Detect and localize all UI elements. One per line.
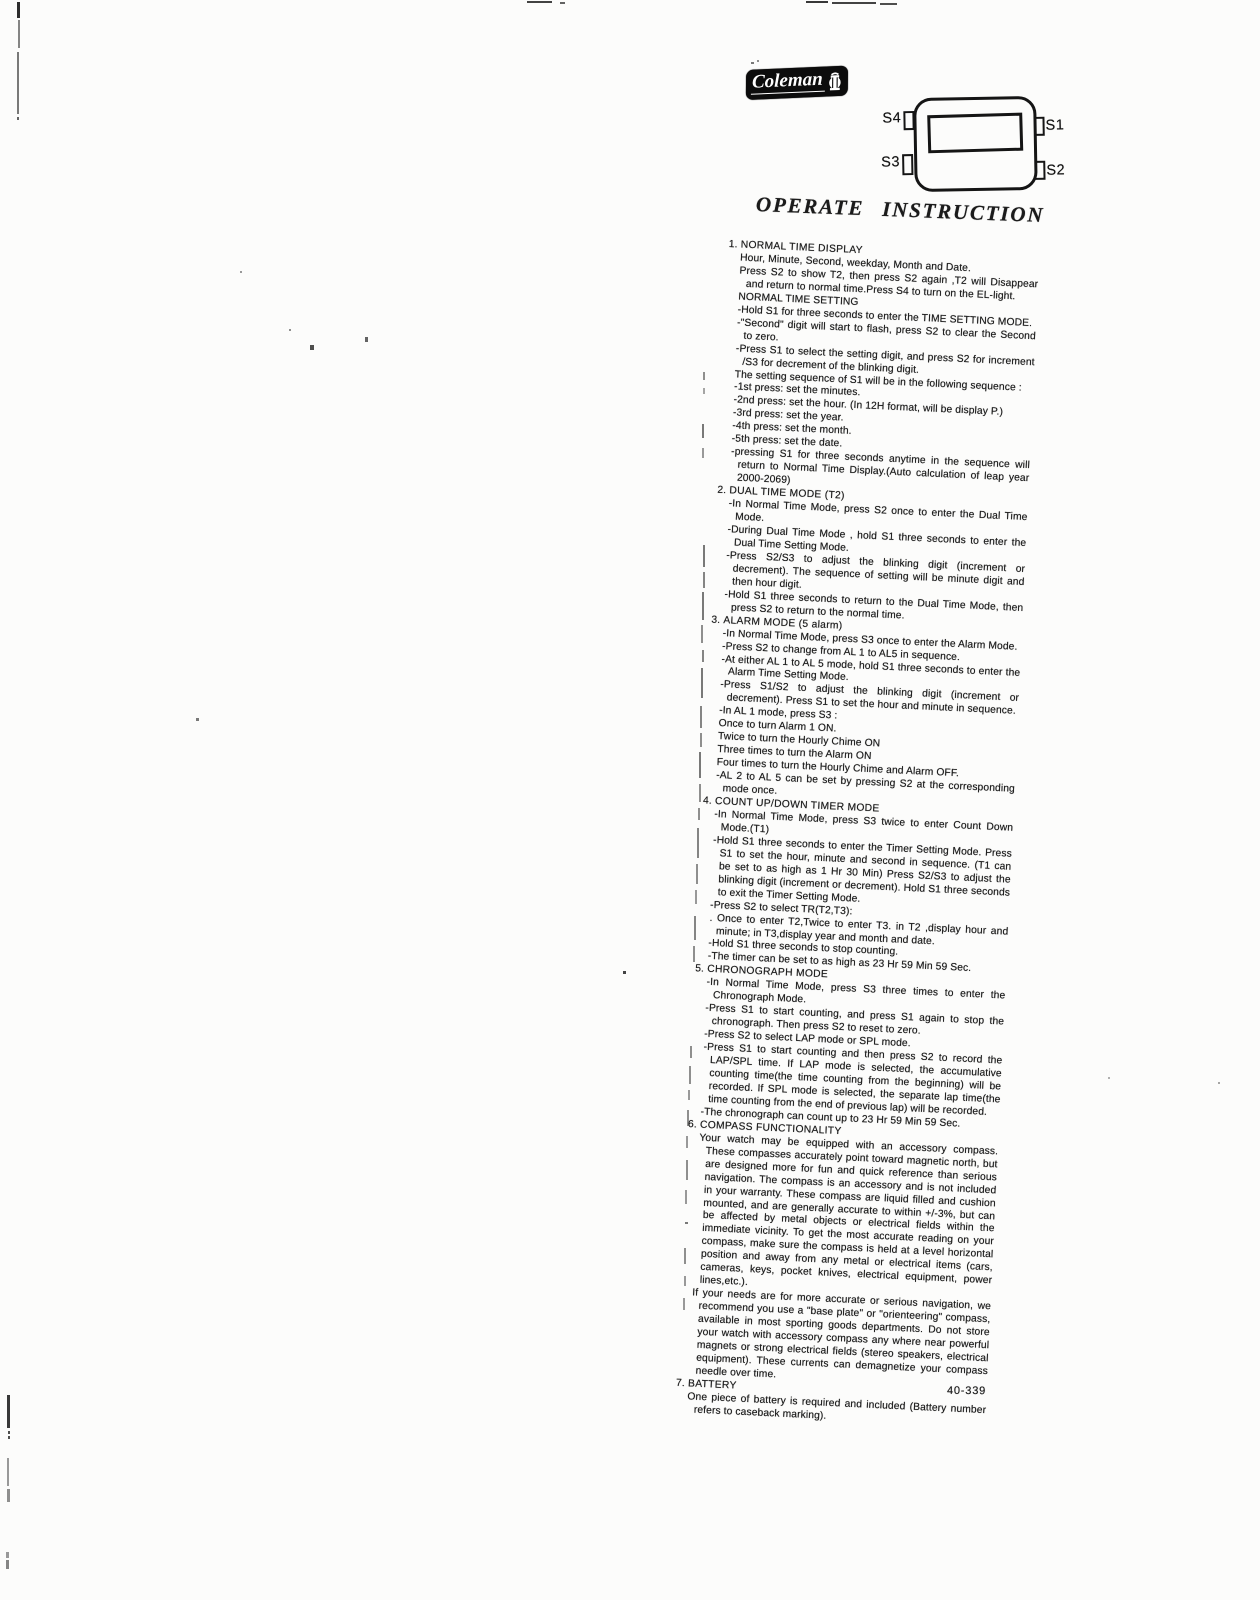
section-4: 4.COUNT UP/DOWN TIMER MODE-In Normal Tim… (707, 796, 1013, 978)
section-number: 1. (728, 239, 741, 252)
scan-artifact (8, 1436, 10, 1439)
scan-artifact (7, 1395, 10, 1428)
coleman-logo: Coleman (746, 66, 848, 100)
scan-artifact (806, 1, 828, 3)
scan-artifact (694, 916, 696, 940)
section-number: 7. (676, 1378, 689, 1391)
scan-artifact (703, 372, 705, 380)
section-3: 3.ALARM MODE (5 alarm)-In Normal Time Mo… (715, 615, 1022, 810)
watch-button-s3 (902, 154, 913, 175)
watch-diagram: S4 S3 S1 S2 (867, 91, 1079, 207)
scan-artifact (18, 20, 20, 48)
scan-artifact (880, 3, 897, 5)
section-number: 6. (688, 1119, 701, 1132)
lantern-icon (828, 71, 842, 91)
scan-artifact (701, 668, 703, 698)
scan-artifact (703, 572, 705, 588)
scan-artifact (701, 625, 703, 643)
scan-artifact (757, 60, 759, 62)
section-5: 5.CHRONOGRAPH MODE-In Normal Time Mode, … (700, 964, 1006, 1133)
scan-artifact (240, 271, 242, 273)
scan-artifact (702, 592, 704, 620)
scan-artifact (699, 752, 701, 778)
section-number: 3. (711, 614, 724, 627)
scan-artifact (365, 337, 368, 342)
scan-artifact (697, 828, 699, 858)
scan-artifact (698, 808, 700, 820)
watch-button-label-s3: S3 (881, 154, 900, 170)
section-1: 1.NORMAL TIME DISPLAYHour, Minute, Secon… (730, 240, 1040, 500)
document-part-number: 40-339 (947, 1385, 986, 1397)
scanned-manual-page: Coleman S4 S3 S1 S2 OPERATE INSTRUCTION … (0, 0, 1260, 1600)
scan-artifact (700, 706, 702, 728)
scan-artifact (696, 864, 698, 884)
scan-artifact (703, 545, 705, 567)
section-paragraph: Your watch may be equipped with an acces… (692, 1132, 998, 1301)
scan-artifact (17, 52, 20, 114)
scan-artifact (832, 2, 876, 4)
scan-artifact (6, 1560, 9, 1569)
section-number: 4. (703, 795, 716, 808)
scan-artifact (703, 388, 705, 394)
scan-artifact (196, 718, 199, 721)
section-number: 5. (695, 964, 708, 977)
section-2: 2.DUAL TIME MODE (T2)-In Normal Time Mod… (724, 485, 1029, 628)
scan-artifact (702, 448, 704, 458)
section-paragraph: If your needs are for more accurate or s… (688, 1288, 991, 1392)
section-6: 6.COMPASS FUNCTIONALITYYour watch may be… (688, 1119, 999, 1392)
scan-artifact (751, 62, 754, 64)
scan-artifact (623, 971, 626, 974)
coleman-logo-text: Coleman (751, 70, 825, 95)
scan-artifact (7, 1458, 10, 1486)
sections: 1.NORMAL TIME DISPLAYHour, Minute, Secon… (675, 239, 1040, 1431)
scan-artifact (310, 345, 314, 350)
scan-artifact (699, 784, 701, 802)
scan-artifact (700, 733, 702, 747)
watch-display-window (927, 113, 1023, 154)
watch-button-label-s2: S2 (1046, 162, 1065, 178)
scan-artifact (8, 1431, 10, 1434)
scan-artifact (6, 1552, 9, 1558)
scan-artifact (7, 1489, 10, 1502)
scan-artifact (17, 2, 20, 18)
scan-artifact (702, 424, 704, 438)
scan-artifact (560, 2, 565, 4)
watch-button-label-s1: S1 (1045, 117, 1064, 133)
scan-artifact (17, 117, 19, 120)
scan-artifact (695, 890, 697, 904)
scan-artifact (527, 1, 552, 3)
scan-artifact (289, 329, 291, 331)
scan-artifact (1218, 1082, 1220, 1084)
scan-artifact (1108, 1077, 1110, 1079)
section-title: BATTERY (688, 1378, 737, 1391)
scan-artifact (702, 650, 704, 662)
watch-button-label-s4: S4 (882, 110, 901, 126)
section-number: 2. (717, 485, 730, 498)
scan-artifact (693, 946, 695, 962)
